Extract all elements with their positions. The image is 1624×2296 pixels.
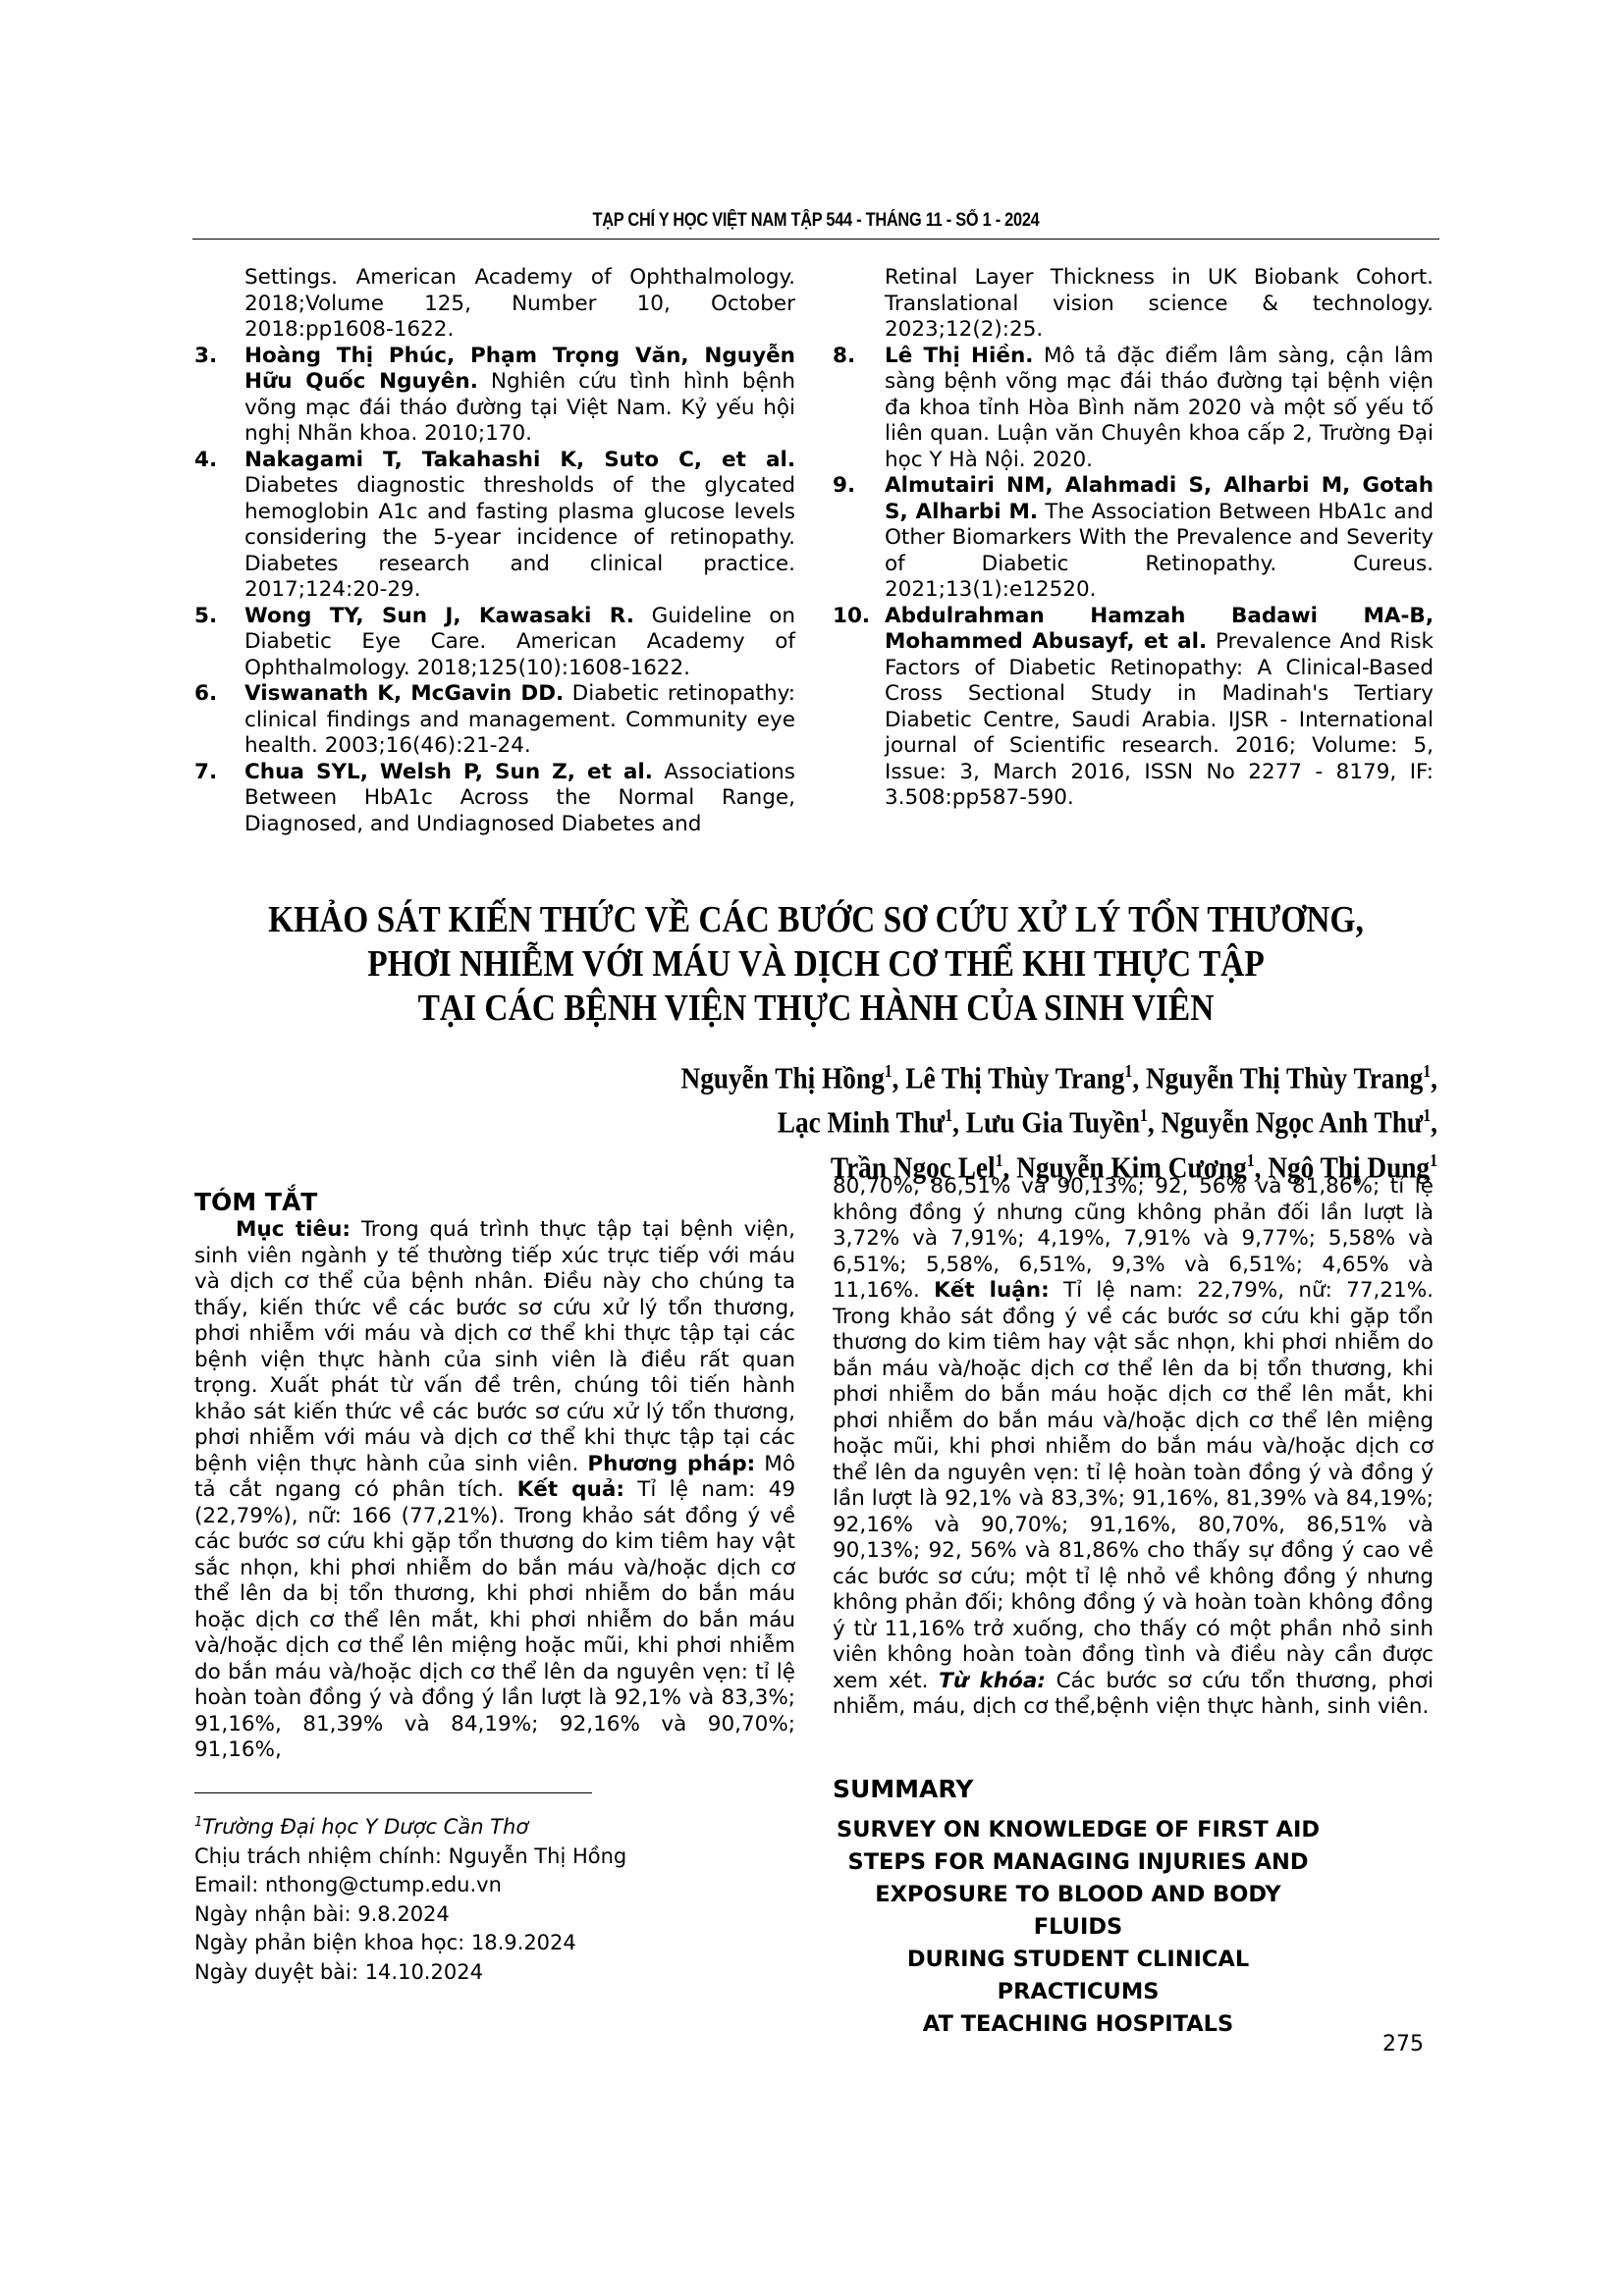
summary-title-line: EXPOSURE TO BLOOD AND BODY FLUIDS xyxy=(833,1879,1324,1944)
summary-title-line: STEPS FOR MANAGING INJURIES AND xyxy=(833,1846,1324,1879)
reference-item: 6. Viswanath K, McGavin DD. Diabetic ret… xyxy=(194,681,795,760)
affiliation-mark: 1 xyxy=(1140,1105,1148,1125)
keywords-label: Từ khóa: xyxy=(939,1669,1046,1693)
abstract-left-column: TÓM TẮT Mục tiêu: Trong quá trình thực t… xyxy=(194,1188,795,1764)
abstract-heading: TÓM TẮT xyxy=(194,1188,795,1217)
affiliation-mark: 1 xyxy=(1247,1150,1255,1170)
affiliation-mark: 1 xyxy=(996,1150,1003,1170)
author-name: Lưu Gia Tuyền xyxy=(966,1105,1140,1140)
reference-authors: Chua SYL, Welsh P, Sun Z, et al. xyxy=(244,760,653,784)
summary-title: SURVEY ON KNOWLEDGE OF FIRST AID STEPS F… xyxy=(833,1814,1324,2041)
author-name: Nguyễn Thị Hồng xyxy=(681,1060,885,1095)
reference-number: 7. xyxy=(194,760,217,786)
affiliation-mark: 1 xyxy=(945,1105,952,1125)
affiliation-mark: 1 xyxy=(885,1061,893,1081)
accepted-date: Ngày duyệt bài: 14.10.2024 xyxy=(194,1958,795,1988)
reference-number: 9. xyxy=(833,473,855,500)
summary-title-line: SURVEY ON KNOWLEDGE OF FIRST AID xyxy=(833,1814,1324,1846)
references-left-column: Settings. American Academy of Ophthalmol… xyxy=(194,265,795,837)
affiliation-mark: 1 xyxy=(1423,1061,1431,1081)
reference-number: 3. xyxy=(194,344,217,370)
author-email: Email: nthong@ctump.edu.vn xyxy=(194,1871,795,1900)
author-name: Lạc Minh Thư xyxy=(778,1105,946,1140)
reference-item: 5. Wong TY, Sun J, Kawasaki R. Guideline… xyxy=(194,604,795,682)
reference-item: 9. Almutairi NM, Alahmadi S, Alharbi M, … xyxy=(833,473,1434,604)
page-number: 275 xyxy=(1382,2032,1424,2056)
abstract-right-column: 80,70%, 86,51% và 90,13%; 92, 56% và 81,… xyxy=(833,1174,1434,1721)
header-rule xyxy=(192,239,1439,240)
title-line: KHẢO SÁT KIẾN THỨC VỀ CÁC BƯỚC SƠ CỨU XỬ… xyxy=(267,898,1365,942)
results-label: Kết quả: xyxy=(517,1477,624,1502)
footnote-rule xyxy=(194,1792,592,1793)
running-head: TẠP CHÍ Y HỌC VIỆT NAM TẬP 544 - THÁNG 1… xyxy=(280,210,1352,232)
reference-authors: Viswanath K, McGavin DD. xyxy=(244,681,564,706)
reference-item: 7. Chua SYL, Welsh P, Sun Z, et al. Asso… xyxy=(194,760,795,838)
reference-item: 8. Lê Thị Hiền. Mô tả đặc điểm lâm sàng,… xyxy=(833,344,1434,474)
author-name: Lê Thị Thùy Trang xyxy=(905,1060,1124,1095)
reference-number: 8. xyxy=(833,344,855,370)
author-name: Nguyễn Ngọc Anh Thư xyxy=(1161,1105,1423,1140)
affiliation-footnote: 1Trường Đại học Y Dược Cần Thơ xyxy=(194,1808,795,1842)
reference-number: 4. xyxy=(194,448,217,474)
journal-page: TẠP CHÍ Y HỌC VIỆT NAM TẬP 544 - THÁNG 1… xyxy=(0,0,1624,2296)
reference-authors: Lê Thị Hiền. xyxy=(885,344,1033,368)
summary-title-line: AT TEACHING HOSPITALS xyxy=(833,2008,1324,2041)
results-text: Tỉ lệ nam: 49 (22,79%), nữ: 166 (77,21%)… xyxy=(194,1477,795,1762)
reference-number: 5. xyxy=(194,604,217,630)
summary-title-line: DURING STUDENT CLINICAL PRACTICUMS xyxy=(833,1944,1324,2008)
received-date: Ngày nhận bài: 9.8.2024 xyxy=(194,1900,795,1930)
objective-text: Trong quá trình thực tập tại bệnh viện, … xyxy=(194,1217,795,1476)
title-line: PHƠI NHIỄM VỚI MÁU VÀ DỊCH CƠ THỂ KHI TH… xyxy=(267,942,1365,987)
reference-number: 10. xyxy=(833,604,870,630)
author-list: Nguyễn Thị Hồng1, Lê Thị Thùy Trang1, Ng… xyxy=(487,1052,1437,1186)
method-label: Phương pháp: xyxy=(587,1452,755,1476)
review-date: Ngày phản biện khoa học: 18.9.2024 xyxy=(194,1929,795,1958)
reference-item: Settings. American Academy of Ophthalmol… xyxy=(194,265,795,344)
references-right-column: Retinal Layer Thickness in UK Biobank Co… xyxy=(833,265,1434,812)
conclusion-label: Kết luận: xyxy=(934,1278,1050,1303)
footnotes: 1Trường Đại học Y Dược Cần Thơ Chịu trác… xyxy=(194,1808,795,1987)
abstract-paragraph-continued: 80,70%, 86,51% và 90,13%; 92, 56% và 81,… xyxy=(833,1174,1434,1721)
reference-authors: Nakagami T, Takahashi K, Suto C, et al. xyxy=(244,448,795,472)
reference-item: 4. Nakagami T, Takahashi K, Suto C, et a… xyxy=(194,448,795,604)
reference-number: 6. xyxy=(194,681,217,708)
summary-heading: SUMMARY xyxy=(833,1775,973,1803)
reference-text: Settings. American Academy of Ophthalmol… xyxy=(244,265,795,342)
title-line: TẠI CÁC BỆNH VIỆN THỰC HÀNH CỦA SINH VIÊ… xyxy=(267,987,1365,1031)
reference-item: 3. Hoàng Thị Phúc, Phạm Trọng Văn, Nguyễ… xyxy=(194,344,795,448)
affiliation-mark: 1 xyxy=(1423,1105,1431,1125)
objective-label: Mục tiêu: xyxy=(236,1217,351,1242)
reference-text: Retinal Layer Thickness in UK Biobank Co… xyxy=(885,265,1434,342)
reference-authors: Wong TY, Sun J, Kawasaki R. xyxy=(244,604,634,628)
conclusion-text: Tỉ lệ nam: 22,79%, nữ: 77,21%. Trong khả… xyxy=(833,1278,1434,1693)
author-name: Nguyễn Thị Thùy Trang xyxy=(1146,1060,1423,1095)
affiliation-mark: 1 xyxy=(1124,1061,1132,1081)
affiliation-mark: 1 xyxy=(1430,1150,1437,1170)
corresponding-author: Chịu trách nhiệm chính: Nguyễn Thị Hồng xyxy=(194,1842,795,1872)
reference-text: Prevalence And Risk Factors of Diabetic … xyxy=(885,629,1434,810)
reference-item: Retinal Layer Thickness in UK Biobank Co… xyxy=(833,265,1434,344)
article-title: KHẢO SÁT KIẾN THỨC VỀ CÁC BƯỚC SƠ CỨU XỬ… xyxy=(267,898,1365,1031)
reference-item: 10. Abdulrahman Hamzah Badawi MA-B, Moha… xyxy=(833,604,1434,812)
reference-text: Diabetes diagnostic thresholds of the gl… xyxy=(244,473,795,602)
affiliation-text: Trường Đại học Y Dược Cần Thơ xyxy=(202,1815,528,1839)
abstract-paragraph: Mục tiêu: Trong quá trình thực tập tại b… xyxy=(194,1217,795,1764)
